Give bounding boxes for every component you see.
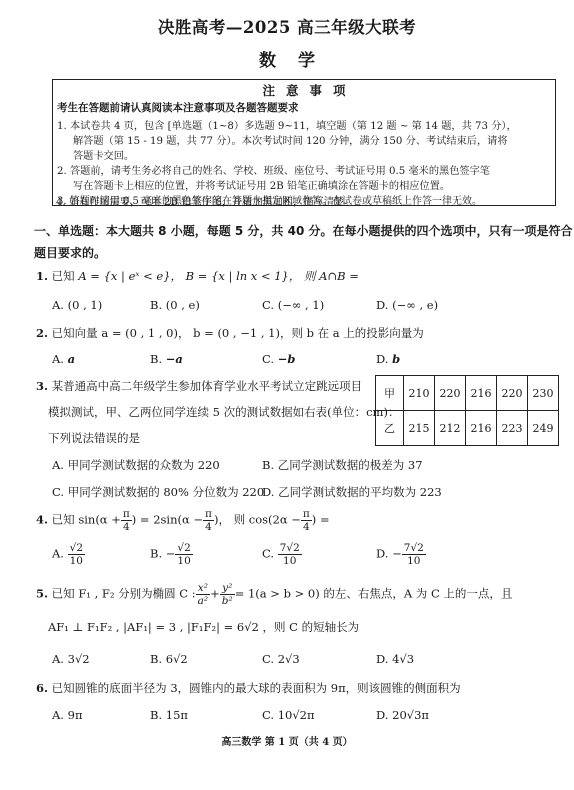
question-2: 2. 已知向量 a = (0 , 1 , 0)， b = (0 , −1 , 1… [36, 325, 424, 341]
notice-line: 4. 如有作图需要，可用 2B 铅笔作图，并请加黑加粗，描写清楚。 [56, 193, 354, 208]
notice-heading: 注意事项 [53, 81, 555, 99]
option-text: 15π [166, 708, 188, 722]
option-text: −b [278, 352, 296, 366]
option-label: B. [150, 547, 162, 561]
stem-part: 已知 sin(α + [52, 513, 121, 527]
option-a[interactable]: A. 甲同学测试数据的众数为 220 [52, 457, 220, 473]
option-label: D. [376, 298, 388, 312]
option-label: B. [262, 458, 274, 472]
notice-line: 答题卡交回。 [73, 147, 134, 162]
option-text: 20√3π [392, 708, 429, 722]
question-stem: 已知向量 a = (0 , 1 , 0)， b = (0 , −1 , 1)，则… [52, 326, 424, 340]
option-text: 3√2 [68, 652, 90, 666]
stem-part: )， 则 cos(2α − [214, 513, 301, 527]
option-text: 甲同学测试数据的 80% 分位数为 220 [68, 485, 264, 499]
option-a[interactable]: A. 9π [52, 708, 83, 722]
table-cell: 220 [497, 376, 528, 411]
option-label: B. [150, 652, 162, 666]
stem-part: = 1(a > b > 0) 的左、右焦点，A 为 C 上的一点，且 [235, 587, 513, 601]
option-text: b [392, 352, 400, 366]
option-label: A. [52, 652, 64, 666]
option-label: A. [52, 298, 64, 312]
fraction: π4 [203, 508, 214, 533]
option-label: B. [150, 298, 162, 312]
option-text: 9π [68, 708, 83, 722]
table-cell: 210 [404, 376, 435, 411]
option-label: D. [376, 547, 388, 561]
notice-line: 2. 答题前，请考生务必将自己的姓名、学校、班级、座位号、考试证号用 0.5 毫… [57, 162, 490, 177]
option-text: 2√3 [278, 652, 300, 666]
option-label: A. [52, 708, 64, 722]
option-text: 10√2π [278, 708, 315, 722]
option-c[interactable]: C. 甲同学测试数据的 80% 分位数为 220 [52, 484, 264, 500]
stem-part: ) = 2sin(α − [132, 513, 203, 527]
question-stem: A = {x | eˣ < e}， B = {x | ln x < 1}， 则 … [78, 269, 359, 283]
option-a[interactable]: A. a [52, 352, 75, 366]
fraction: π4 [121, 508, 132, 533]
notice-line: 解答题（第 15 - 19 题，共 77 分）。本次考试时间 120 分钟，满分… [73, 132, 508, 147]
option-text: 6√2 [166, 652, 188, 666]
fraction: √210 [68, 542, 85, 567]
question-stem-line: 下列说法错误的是 [48, 430, 140, 446]
option-label: C. [262, 547, 274, 561]
option-c[interactable]: C. (−∞ , 1) [262, 298, 324, 312]
option-d[interactable]: D. 乙同学测试数据的平均数为 223 [262, 484, 442, 500]
section-heading: 一、单选题：本大题共 8 小题，每题 5 分，共 40 分。在每小题提供的四个选… [34, 222, 572, 239]
table-cell: 230 [528, 376, 559, 411]
option-text: (0 , 1) [68, 298, 103, 312]
option-b[interactable]: B. 6√2 [150, 652, 188, 666]
option-label: D. [376, 352, 388, 366]
option-label: D. [262, 485, 274, 499]
option-c[interactable]: C. −b [262, 352, 295, 366]
table-cell: 223 [497, 411, 528, 446]
option-label: C. [262, 708, 274, 722]
section-heading-cont: 题目要求的。 [34, 244, 106, 261]
option-label: A. [52, 458, 64, 472]
option-text: 乙同学测试数据的平均数为 223 [278, 485, 442, 499]
question-stem: 已知圆锥的底面半径为 3，圆锥内的最大球的表面积为 9π，则该圆锥的侧面积为 [52, 681, 461, 695]
fraction: π4 [301, 508, 312, 533]
question-stem-line: 某普通高中高二年级学生参加体育学业水平考试立定跳远项目 [52, 379, 363, 393]
question-number: 1. [36, 269, 48, 283]
notice-line: 1. 本试卷共 4 页，包含 [单选题（1~8）多选题 9~11，填空题（第 1… [57, 117, 517, 132]
option-text: 4√3 [392, 652, 414, 666]
option-label: B. [150, 708, 162, 722]
option-d[interactable]: D. (−∞ , e) [376, 298, 438, 312]
question-number: 6. [36, 681, 48, 695]
row-label: 甲 [376, 376, 404, 411]
row-label: 乙 [376, 411, 404, 446]
question-number: 3. [36, 379, 48, 393]
table-cell: 215 [404, 411, 435, 446]
fraction: √210 [175, 542, 192, 567]
option-b[interactable]: B. −a [150, 352, 183, 366]
question-1: 1. 已知 A = {x | eˣ < e}， B = {x | ln x < … [36, 268, 359, 284]
stem-part: ) = [312, 513, 330, 527]
table-cell: 212 [435, 411, 466, 446]
question-stem-line: AF₁ ⊥ F₁F₂ , |AF₁| = 3 , |F₁F₂| = 6√2 ，则… [48, 619, 359, 635]
option-text: 乙同学测试数据的极差为 37 [278, 458, 423, 472]
option-text: −a [166, 352, 183, 366]
option-d[interactable]: D. −7√210 [376, 542, 426, 567]
option-label: C. [262, 298, 274, 312]
fraction: 7√210 [278, 542, 302, 567]
page-footer: 高三数学 第 1 页（共 4 页） [0, 733, 574, 748]
option-label: B. [150, 352, 162, 366]
question-6: 6. 已知圆锥的底面半径为 3，圆锥内的最大球的表面积为 9π，则该圆锥的侧面积… [36, 680, 461, 696]
question-number: 2. [36, 326, 48, 340]
option-a[interactable]: A. (0 , 1) [52, 298, 102, 312]
question-4: 4. 已知 sin(α +π4) = 2sin(α −π4)， 则 cos(2α… [36, 508, 330, 533]
option-label: D. [376, 652, 388, 666]
option-label: C. [262, 352, 274, 366]
option-b[interactable]: B. 15π [150, 708, 188, 722]
fraction: x²a² [196, 582, 210, 607]
option-text: a [68, 352, 75, 366]
option-label: D. [376, 708, 388, 722]
option-label: C. [262, 652, 274, 666]
exam-title: 决胜高考—2025 高三年级大联考 [0, 14, 574, 38]
option-c[interactable]: C. 10√2π [262, 708, 315, 722]
option-b[interactable]: B. −√210 [150, 542, 193, 567]
notice-lead: 考生在答题前请认真阅读本注意事项及各题答题要求 [57, 100, 299, 115]
fraction: y²b² [220, 582, 235, 607]
table-cell: 216 [466, 411, 497, 446]
fraction: 7√210 [402, 542, 426, 567]
option-d[interactable]: D. 20√3π [376, 708, 429, 722]
option-text: (−∞ , e) [392, 298, 438, 312]
option-c[interactable]: C. 2√3 [262, 652, 300, 666]
option-text: (0 , e) [166, 298, 200, 312]
option-b[interactable]: B. (0 , e) [150, 298, 200, 312]
option-text: 甲同学测试数据的众数为 220 [68, 458, 220, 472]
table-cell: 220 [435, 376, 466, 411]
table-row: 乙 215 212 216 223 249 [376, 411, 559, 446]
option-label: A. [52, 352, 64, 366]
question-stem-line: 模拟测试，甲、乙两位同学连续 5 次的测试数据如右表(单位：cm)： [48, 404, 399, 420]
jump-data-table: 甲 210 220 216 220 230 乙 215 212 216 223 … [375, 375, 559, 446]
table-row: 甲 210 220 216 220 230 [376, 376, 559, 411]
option-d[interactable]: D. 4√3 [376, 652, 414, 666]
option-text: (−∞ , 1) [278, 298, 324, 312]
question-number: 5. [36, 587, 48, 601]
table-cell: 216 [466, 376, 497, 411]
option-a[interactable]: A. 3√2 [52, 652, 90, 666]
question-number: 4. [36, 513, 48, 527]
option-label: A. [52, 547, 64, 561]
notice-line: 写在答题卡上相应的位置，并将考试证号用 2B 铅笔正确填涂在答题卡的相应位置。 [73, 177, 450, 192]
stem-part: 已知 F₁ , F₂ 分别为椭圆 C : [52, 587, 196, 601]
question-3: 3. 某普通高中高二年级学生参加体育学业水平考试立定跳远项目 [36, 378, 362, 394]
subject-title: 数学 [0, 46, 574, 71]
option-label: C. [52, 485, 64, 499]
table-cell: 249 [528, 411, 559, 446]
question-stem-prefix: 已知 [52, 269, 75, 283]
option-a[interactable]: A. √210 [52, 542, 85, 567]
question-5: 5. 已知 F₁ , F₂ 分别为椭圆 C :x²a²+y²b²= 1(a > … [36, 582, 512, 607]
option-d[interactable]: D. b [376, 352, 400, 366]
notice-box: 注意事项 考生在答题前请认真阅读本注意事项及各题答题要求 1. 本试卷共 4 页… [52, 79, 556, 206]
option-b[interactable]: B. 乙同学测试数据的极差为 37 [262, 457, 423, 473]
option-c[interactable]: C. 7√210 [262, 542, 302, 567]
